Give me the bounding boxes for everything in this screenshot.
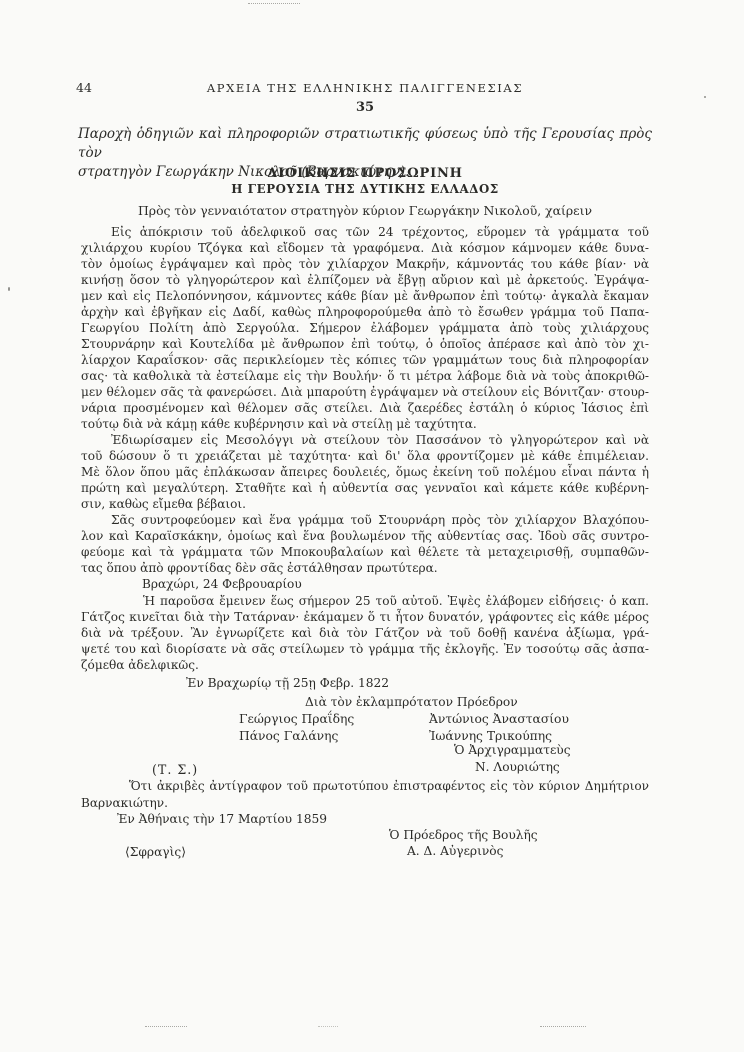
body-line: Σᾶς συντροφεύομεν καὶ ἕνα γράμμα τοῦ Στο… [81,512,649,528]
summary-line: Παροχὴ ὁδηγιῶν καὶ πληροφοριῶν στρατιωτι… [78,125,652,163]
scan-artifact-bottom-dash [318,1026,338,1027]
signatories-left-column: Γεώργιος ΠραΐδηςΠάνος Γαλάνης [239,711,354,744]
secretary-title: Ὁ Ἀρχιγραμματεὺς [454,743,571,757]
certification-line: Ὅτι ἀκριβὲς ἀντίγραφον τοῦ πρωτοτύπου ἐπ… [81,778,649,795]
scanned-document-page: 44 ΑΡΧΕΙΑ ΤΗΣ ΕΛΛΗΝΙΚΗΣ ΠΑΛΙΓΓΕΝΕΣΙΑΣ 35… [0,0,744,1052]
body-line: σιν, καθὼς εἴμεθα βέβαιοι. [81,496,649,512]
scan-speck [704,96,706,98]
body-line: χιλιάρχου κυρίου Τζόγκα καὶ εἴδομεν τὰ γ… [81,240,649,256]
postscript-line: ψετέ του καὶ διορίσατε νὰ σᾶς στείλωμεν … [81,641,649,657]
body-line: τὸν ὁμοίως ἐγράψαμεν καὶ πρὸς τὸν χιλίαρ… [81,256,649,272]
signatory-name: Ἀντώνιος Ἀναστασίου [429,711,569,728]
body-line: Γεωργίου Πολίτη ἀπὸ Σεργούλα. Σήμερον ἐλ… [81,320,649,336]
body-line: Εἰς ἀπόκρισιν τοῦ ἀδελφικοῦ σας τῶν 24 τ… [81,224,649,240]
postscript-line: διὰ νὰ τρέξουν. Ἂν ἐγνωρίζετε καὶ διὰ τὸ… [81,625,649,641]
body-line: Στουρνάρην καὶ Κουτελίδα μὲ ἄνθρωπον ἐπὶ… [81,336,649,352]
salutation: Πρὸς τὸν γενναιότατον στρατηγὸν κύριον Γ… [80,203,650,218]
body-line: μεν θέλομεν σᾶς τὰ φανερώσει. Διὰ μπαρού… [81,384,649,400]
president-title: Ὁ Πρόεδρος τῆς Βουλῆς [389,828,538,842]
postscript: Ἡ παροῦσα ἔμεινεν ἕως σήμερον 25 τοῦ αὐτ… [81,593,649,673]
signatories-right-column: Ἀντώνιος ἈναστασίουἸωάννης Τρικούπης [429,711,569,744]
certification-note: Ὅτι ἀκριβὲς ἀντίγραφον τοῦ πρωτοτύπου ἐπ… [81,778,649,811]
seal-note: ⟨Σφραγὶς⟩ [125,845,186,859]
body-line: τοῦ δώσουν ὅ τι χρειάζεται μὲ ταχύτητα· … [81,448,649,464]
certification-line: Βαρνακιώτην. [81,795,649,812]
on-behalf-of-president: Διὰ τὸν ἐκλαμπρότατον Πρόεδρον [305,695,518,709]
heading-senate: Η ΓΕΡΟΥΣΙΑ ΤΗΣ ΔΥΤΙΚΗΣ ΕΛΛΑΔΟΣ [80,182,650,196]
body-line: Ἐδιωρίσαμεν εἰς Μεσολόγγι νὰ στείλουν τὸ… [81,432,649,448]
heading-administration: ΔΙΟΙΚΗΣΙΣ ΠΡΟΣΩΡΙΝΗ [80,166,650,181]
closing-place-date: Ἐν Βραχωρίῳ τῇ 25ῃ Φεβρ. 1822 [186,676,389,690]
scan-artifact-bottom-dash [540,1026,586,1027]
signatory-name: Γεώργιος Πραΐδης [239,711,354,728]
postscript-line: Γάτζος κινεῖται διὰ τὴν Τατάρναν· ἐκάμαμ… [81,609,649,625]
body-line: τας ὅπου ἀπὸ φροντίδας δὲν σᾶς ἐστάλθησα… [81,560,649,576]
body-line: σας· τὰ καθολικὰ τὰ ἐστείλαμε εἰς τὴν Βο… [81,368,649,384]
signatory-name: Ἰωάννης Τρικούπης [429,728,569,745]
body-line: Μὲ ὅλον ὅπου μᾶς ἐπλάκωσαν ἄπειρες δουλε… [81,464,649,480]
body-line: λον καὶ Καραϊσκάκην, ὁμοίως καὶ ἕνα βουλ… [81,528,649,544]
secretary-name: Ν. Λουριώτης [475,760,560,774]
postscript-line: ζόμεθα ἀδελφικῶς. [81,657,649,673]
body-line: ἀρχὴν καὶ ἐβγῆκαν εἰς Δαδί, καθὼς πληροφ… [81,304,649,320]
president-name: Α. Δ. Αὐγερινὸς [407,844,503,858]
seal-abbreviation: (Τ. Σ.) [152,762,198,777]
scan-artifact-bottom-dash [145,1026,187,1027]
body-line: πρώτη καὶ μεγαλύτερη. Σταθῆτε καὶ ἡ αὐθε… [81,480,649,496]
document-number: 35 [80,100,650,115]
body-line: λίαρχον Καραΐσκον· σᾶς περικλείομεν τὲς … [81,352,649,368]
body-line: κινήσῃ ὅσον τὸ γληγορώτερον καὶ ἐλπίζομε… [81,272,649,288]
dateline: Βραχώρι, 24 Φεβρουαρίου [142,577,302,591]
body-line: νάρια προσμένομεν καὶ θέλομεν σᾶς στείλε… [81,400,649,416]
scan-speck [8,287,10,291]
signatory-name: Πάνος Γαλάνης [239,728,354,745]
body-line: τούτῳ διὰ νὰ κάμῃ κάθε κυβέρνησιν καὶ νὰ… [81,416,649,432]
scan-artifact-top-dots [248,3,300,4]
running-title: ΑΡΧΕΙΑ ΤΗΣ ΕΛΛΗΝΙΚΗΣ ΠΑΛΙΓΓΕΝΕΣΙΑΣ [80,81,650,95]
postscript-line: Ἡ παροῦσα ἔμεινεν ἕως σήμερον 25 τοῦ αὐτ… [81,593,649,609]
body-line: φεύομε καὶ τὰ γράμματα τῶν Μποκουβαλαίων… [81,544,649,560]
body-line: μεν καὶ εἰς Πελοπόννησον, κάμνοντες κάθε… [81,288,649,304]
letter-body: Εἰς ἀπόκρισιν τοῦ ἀδελφικοῦ σας τῶν 24 τ… [81,224,649,576]
certification-place-date: Ἐν Ἀθήναις τὴν 17 Μαρτίου 1859 [117,812,327,826]
